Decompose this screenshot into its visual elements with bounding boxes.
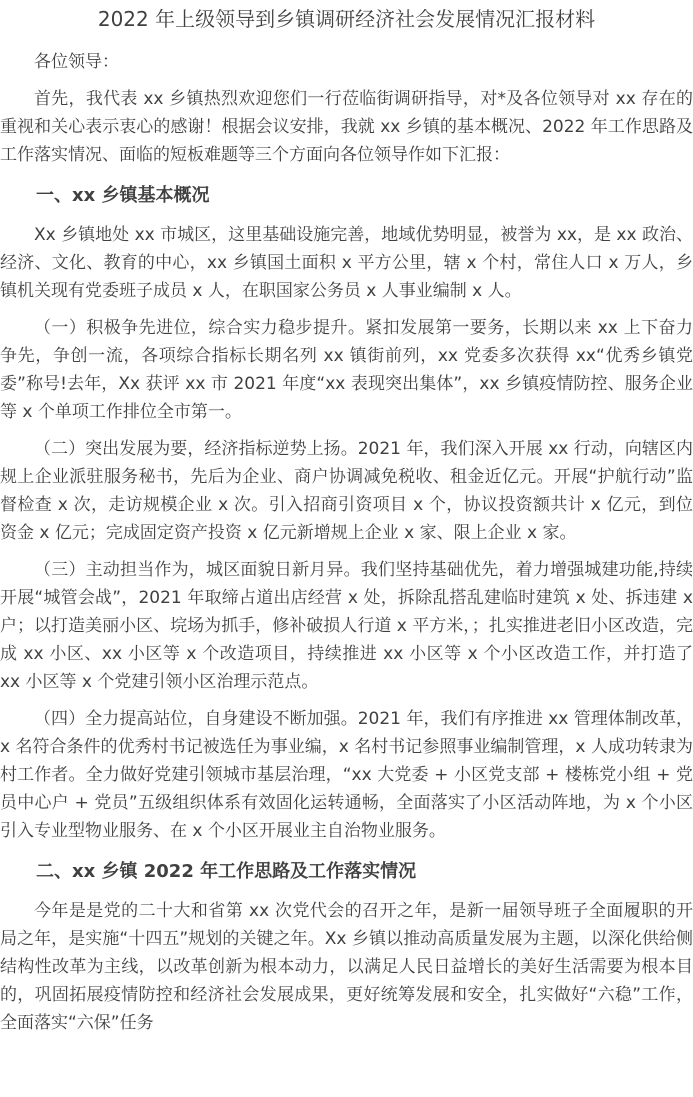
- paragraph-intro: 首先，我代表 xx 乡镇热烈欢迎您们一行莅临街调研指导，对*及各位领导对 xx …: [0, 85, 693, 169]
- paragraph-item-4: （四）全力提高站位，自身建设不断加强。2021 年，我们有序推进 xx 管理体制…: [0, 705, 693, 845]
- paragraph-overview: Xx 乡镇地处 xx 市城区，这里基础设施完善，地域优势明显，被誉为 xx，是 …: [0, 221, 693, 305]
- document-page: 2022 年上级领导到乡镇调研经济社会发展情况汇报材料 各位领导： 首先，我代表…: [0, 0, 693, 1037]
- paragraph-item-2: （二）突出发展为要，经济指标逆势上扬。2021 年，我们深入开展 xx 行动，向…: [0, 435, 693, 547]
- paragraph-section2-intro: 今年是是党的二十大和省第 xx 次党代会的召开之年，是新一届领导班子全面履职的开…: [0, 897, 693, 1037]
- paragraph-item-1: （一）积极争先进位，综合实力稳步提升。紧扣发展第一要务，长期以来 xx 上下奋力…: [0, 314, 693, 426]
- section-2-heading: 二、xx 乡镇 2022 年工作思路及工作落实情况: [0, 858, 693, 886]
- salutation-line: 各位领导：: [0, 48, 693, 76]
- document-title: 2022 年上级领导到乡镇调研经济社会发展情况汇报材料: [0, 6, 693, 32]
- section-1-heading: 一、xx 乡镇基本概况: [0, 182, 693, 210]
- paragraph-item-3: （三）主动担当作为，城区面貌日新月异。我们坚持基础优先，着力增强城建功能,持续开…: [0, 556, 693, 696]
